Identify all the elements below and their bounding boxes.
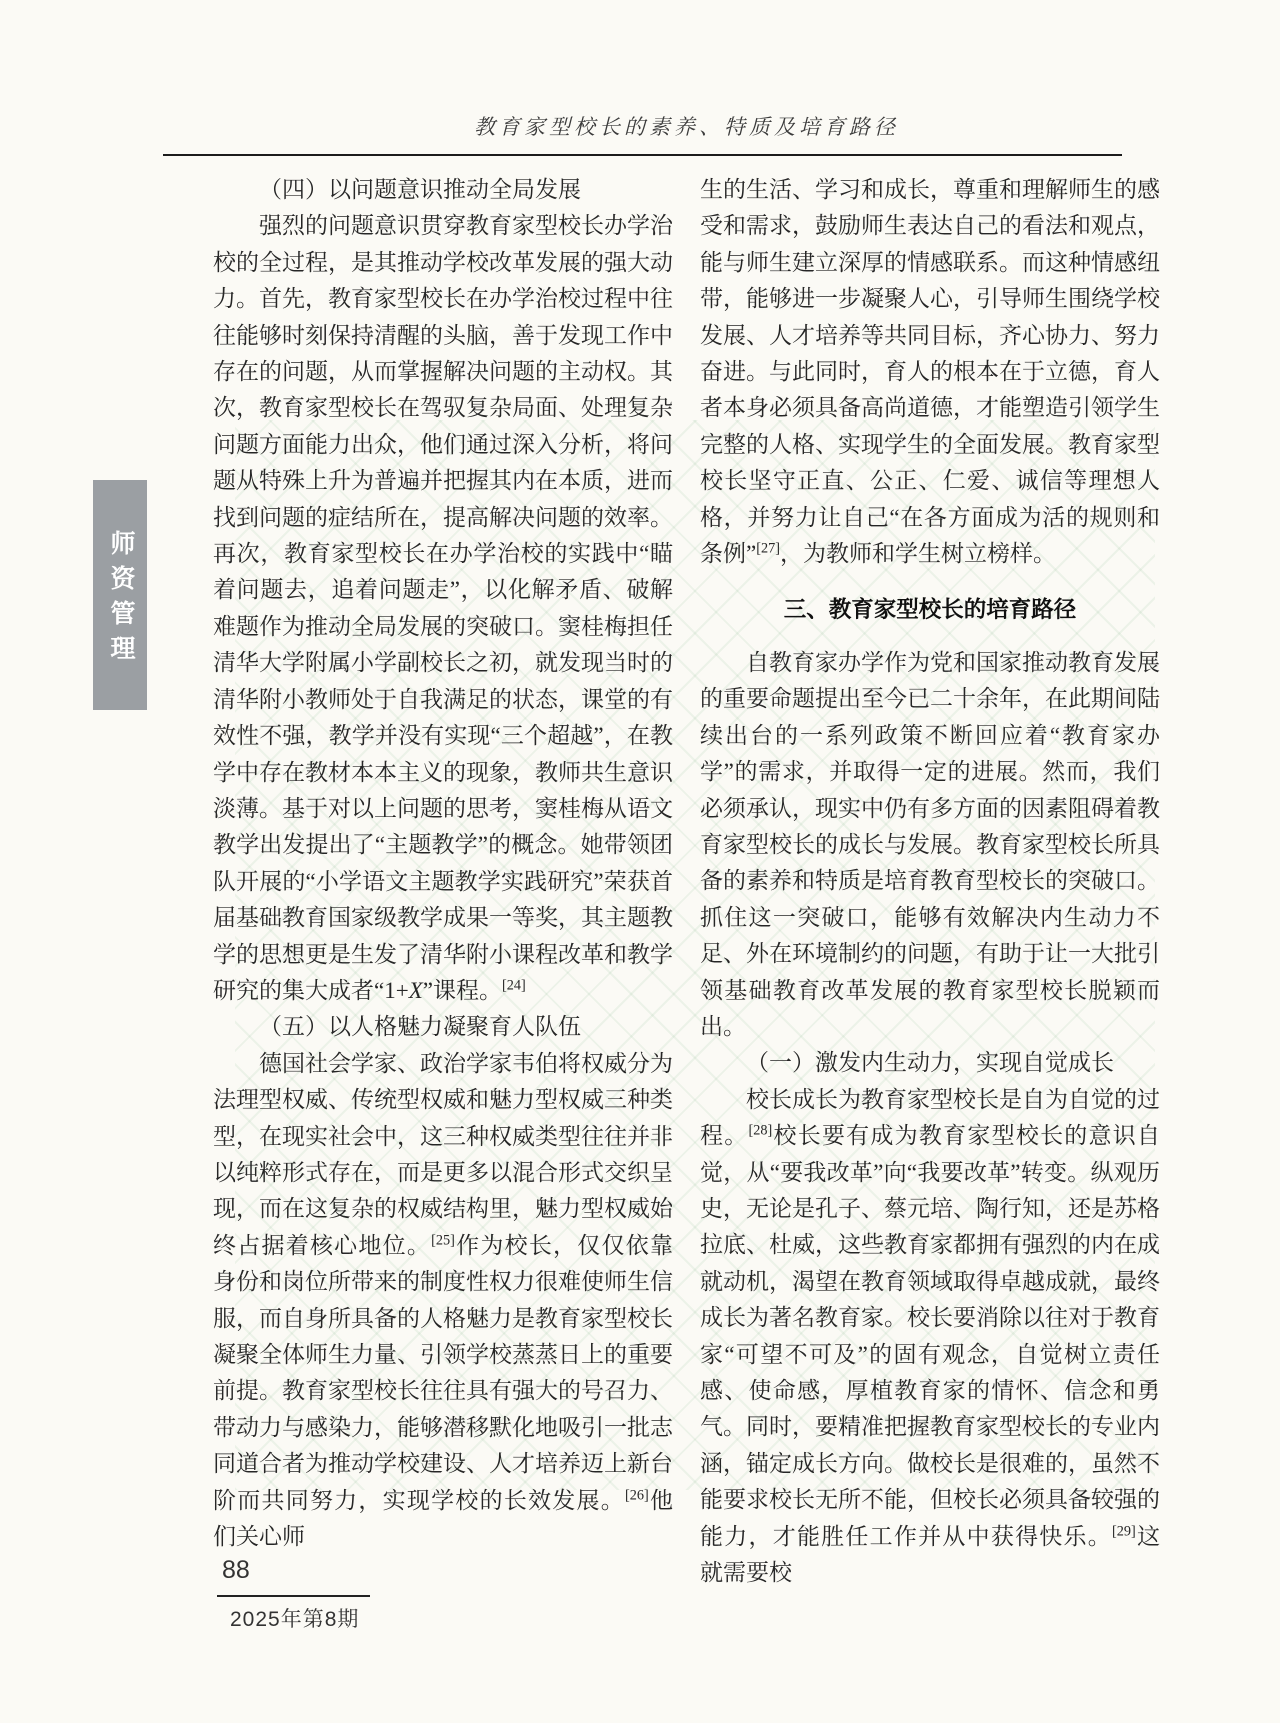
footer-rule [217,1595,370,1597]
sub-section-heading: （四）以问题意识推动全局发展 [213,172,673,208]
body-paragraph: 校长成长为教育家型校长是自为自觉的过程。[28]校长要有成为教育家型校长的意识自… [700,1082,1160,1592]
right-column: 生的生活、学习和成长，尊重和理解师生的感受和需求，鼓励师生表达自己的看法和观点，… [700,172,1160,1591]
section-tab: 师资管理 [93,480,147,710]
body-paragraph: 德国社会学家、政治学家韦伯将权威分为法理型权威、传统型权威和魅力型权威三种类型，… [213,1046,673,1556]
footnote-reference: [28] [748,1123,772,1139]
sub-section-heading: （一）激发内生动力，实现自觉成长 [700,1045,1160,1081]
footnote-reference: [24] [502,977,526,993]
footnote-reference: [26] [625,1487,649,1503]
sub-section-heading: （五）以人格魅力凝聚育人队伍 [213,1009,673,1045]
page-number: 88 [222,1556,250,1585]
running-title: 教育家型校长的素养、特质及培育路径 [213,111,1160,141]
issue-label: 2025年第8期 [230,1603,359,1633]
footnote-reference: [29] [1112,1523,1136,1539]
article-body: （四）以问题意识推动全局发展强烈的问题意识贯穿教育家型校长办学治校的全过程，是其… [213,172,1160,1591]
journal-page: 教育家型校长的素养、特质及培育路径 师资管理 （四）以问题意识推动全局发展强烈的… [0,0,1280,1723]
left-column: （四）以问题意识推动全局发展强烈的问题意识贯穿教育家型校长办学治校的全过程，是其… [213,172,673,1591]
footnote-reference: [27] [756,540,780,556]
body-paragraph-continuation: 生的生活、学习和成长，尊重和理解师生的感受和需求，鼓励师生表达自己的看法和观点，… [700,172,1160,572]
section-heading: 三、教育家型校长的培育路径 [700,592,1160,628]
footnote-reference: [25] [431,1232,455,1248]
header-rule [163,154,1122,156]
body-paragraph: 强烈的问题意识贯穿教育家型校长办学治校的全过程，是其推动学校改革发展的强大动力。… [213,208,673,1009]
body-paragraph: 自教育家办学作为党和国家推动教育发展的重要命题提出至今已二十余年，在此期间陆续出… [700,645,1160,1045]
section-tab-label: 师资管理 [102,530,138,670]
